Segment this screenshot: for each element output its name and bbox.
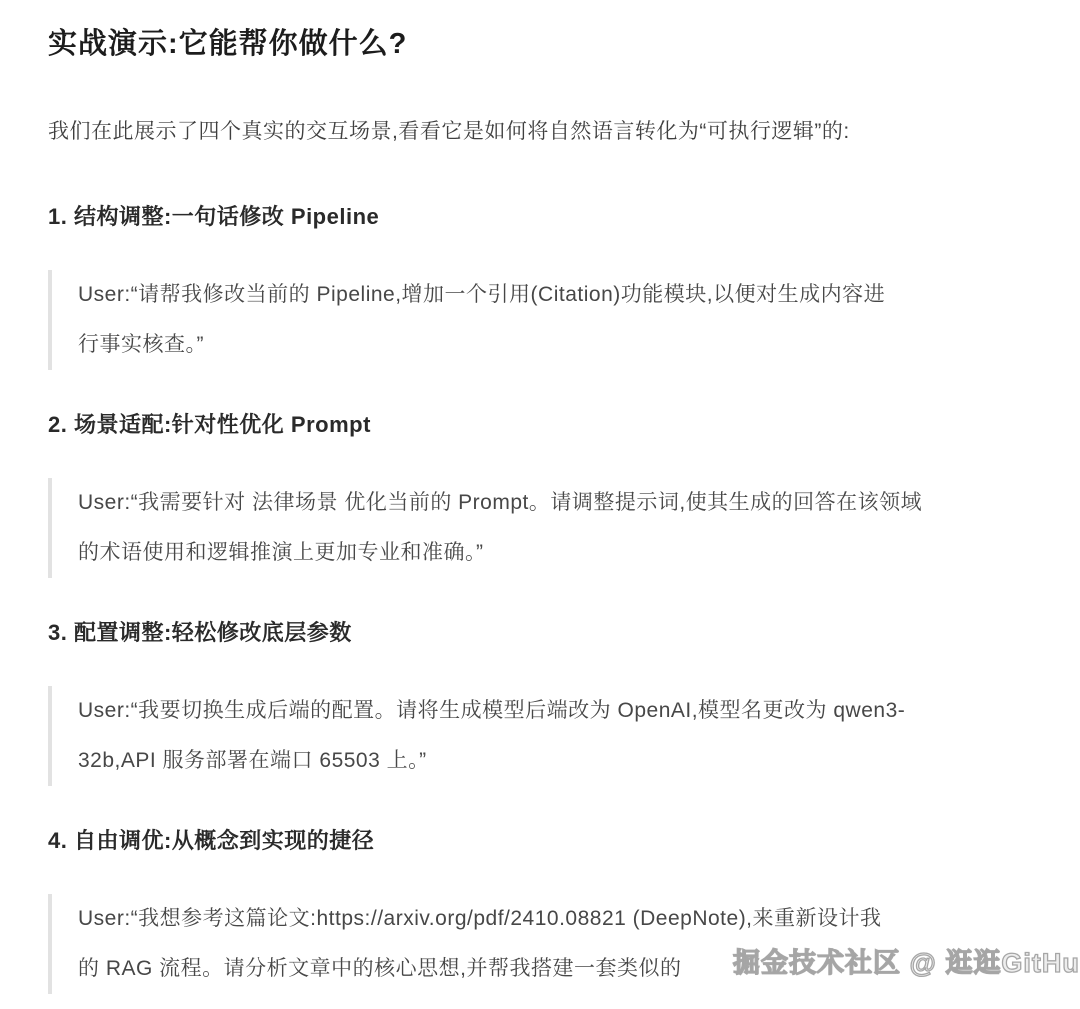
section-heading-2: 2. 场景适配:针对性优化 Prompt xyxy=(48,412,1046,438)
page-title: 实战演示:它能帮你做什么? xyxy=(48,26,1046,62)
user-quote-3: User:“我要切换生成后端的配置。请将生成模型后端改为 OpenAI,模型名更… xyxy=(48,686,1046,786)
quote-line: 32b,API 服务部署在端口 65503 上。” xyxy=(78,736,1046,786)
user-quote-1: User:“请帮我修改当前的 Pipeline,增加一个引用(Citation)… xyxy=(48,270,1046,370)
quote-line: 的术语使用和逻辑推演上更加专业和准确。” xyxy=(78,528,1046,578)
section-heading-1: 1. 结构调整:一句话修改 Pipeline xyxy=(48,204,1046,230)
quote-line: User:“我需要针对 法律场景 优化当前的 Prompt。请调整提示词,使其生… xyxy=(78,478,1046,528)
user-quote-4: User:“我想参考这篇论文:https://arxiv.org/pdf/241… xyxy=(48,894,1046,994)
quote-line: 行事实核查。” xyxy=(78,320,1046,370)
user-quote-2: User:“我需要针对 法律场景 优化当前的 Prompt。请调整提示词,使其生… xyxy=(48,478,1046,578)
quote-line: 的 RAG 流程。请分析文章中的核心思想,并帮我搭建一套类似的 xyxy=(78,944,1046,994)
article-page: 实战演示:它能帮你做什么? 我们在此展示了四个真实的交互场景,看看它是如何将自然… xyxy=(0,0,1080,994)
quote-line: User:“请帮我修改当前的 Pipeline,增加一个引用(Citation)… xyxy=(78,270,1046,320)
section-config-adjust: 3. 配置调整:轻松修改底层参数 User:“我要切换生成后端的配置。请将生成模… xyxy=(48,620,1046,786)
section-heading-4: 4. 自由调优:从概念到实现的捷径 xyxy=(48,828,1046,854)
section-scene-adapt: 2. 场景适配:针对性优化 Prompt User:“我需要针对 法律场景 优化… xyxy=(48,412,1046,578)
section-heading-3: 3. 配置调整:轻松修改底层参数 xyxy=(48,620,1046,646)
quote-line: User:“我要切换生成后端的配置。请将生成模型后端改为 OpenAI,模型名更… xyxy=(78,686,1046,736)
quote-line: User:“我想参考这篇论文:https://arxiv.org/pdf/241… xyxy=(78,894,1046,944)
section-free-tuning: 4. 自由调优:从概念到实现的捷径 User:“我想参考这篇论文:https:/… xyxy=(48,828,1046,994)
intro-paragraph: 我们在此展示了四个真实的交互场景,看看它是如何将自然语言转化为“可执行逻辑”的: xyxy=(48,118,1046,146)
section-structure-adjust: 1. 结构调整:一句话修改 Pipeline User:“请帮我修改当前的 Pi… xyxy=(48,204,1046,370)
